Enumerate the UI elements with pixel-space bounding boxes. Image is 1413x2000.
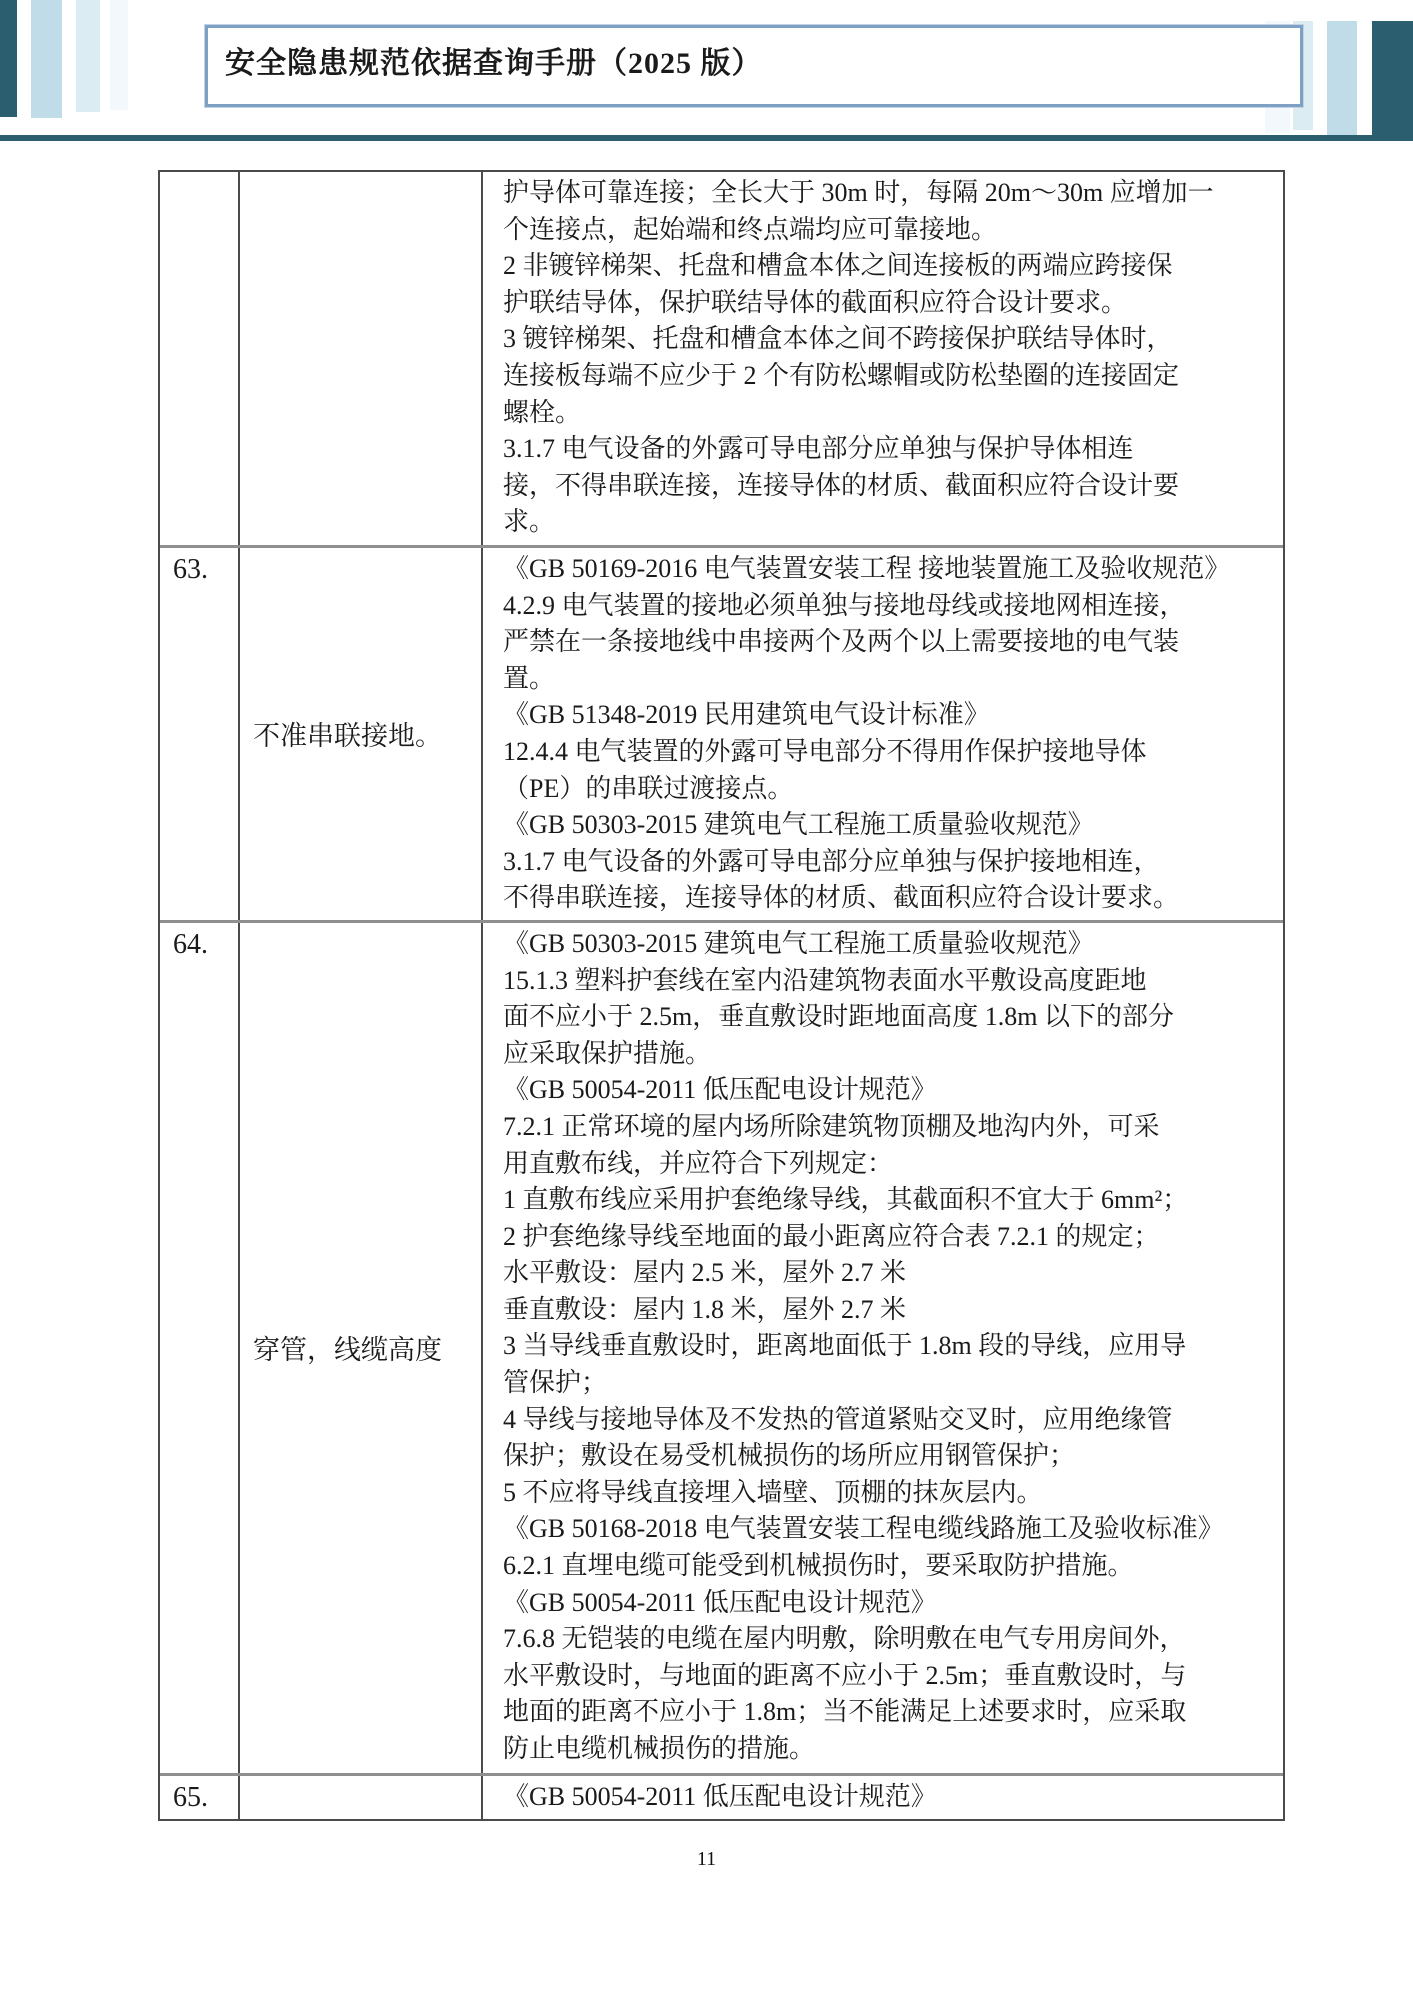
regulation-text-line: 管保护；: [503, 1365, 1279, 1402]
regulation-text-line: 3.1.7 电气设备的外露可导电部分应单独与保护导体相连: [503, 431, 1279, 468]
regulation-text-line: 15.1.3 塑料护套线在室内沿建筑物表面水平敷设高度距地: [503, 963, 1279, 1000]
regulation-text-line: 2 非镀锌梯架、托盘和槽盒本体之间连接板的两端应跨接保: [503, 248, 1279, 285]
regulation-text-line: 求。: [503, 504, 1279, 541]
regulation-text-line: 3.1.7 电气设备的外露可导电部分应单独与保护接地相连，: [503, 844, 1279, 881]
decorative-bar-dark-left: [0, 0, 17, 117]
row-number-cell: 63.: [160, 548, 240, 920]
row-content-cell: 《GB 50169-2016 电气装置安装工程 接地装置施工及验收规范》4.2.…: [483, 548, 1283, 920]
regulation-text-line: 连接板每端不应少于 2 个有防松螺帽或防松垫圈的连接固定: [503, 358, 1279, 395]
regulation-text-line: 《GB 50054-2011 低压配电设计规范》: [503, 1779, 1279, 1816]
regulation-text-line: 12.4.4 电气装置的外露可导电部分不得用作保护接地导体: [503, 734, 1279, 771]
row-content-cell: 《GB 50054-2011 低压配电设计规范》: [483, 1776, 1283, 1819]
page-title: 安全隐患规范依据查询手册（2025 版）: [208, 38, 763, 82]
regulation-text-line: 3 镀锌梯架、托盘和槽盒本体之间不跨接保护联结导体时，: [503, 321, 1279, 358]
regulation-text-line: （PE）的串联过渡接点。: [503, 771, 1279, 808]
row-category-cell: 穿管，线缆高度: [240, 923, 483, 1773]
regulation-text-line: 5 不应将导线直接埋入墙壁、顶棚的抹灰层内。: [503, 1475, 1279, 1512]
regulation-text-line: 水平敷设：屋内 2.5 米，屋外 2.7 米: [503, 1255, 1279, 1292]
row-content-cell: 《GB 50303-2015 建筑电气工程施工质量验收规范》15.1.3 塑料护…: [483, 923, 1283, 1773]
regulation-text-line: 护联结导体，保护联结导体的截面积应符合设计要求。: [503, 285, 1279, 322]
decorative-bar-dark-right: [1372, 21, 1413, 141]
header-rule: [0, 135, 1413, 141]
regulation-text-line: 《GB 50168-2018 电气装置安装工程电缆线路施工及验收标准》: [503, 1511, 1279, 1548]
regulation-text-line: 地面的距离不应小于 1.8m；当不能满足上述要求时，应采取: [503, 1694, 1279, 1731]
regulation-text-line: 6.2.1 直埋电缆可能受到机械损伤时，要采取防护措施。: [503, 1548, 1279, 1585]
row-category-cell: 不准串联接地。: [240, 548, 483, 920]
regulation-text-line: 防止电缆机械损伤的措施。: [503, 1731, 1279, 1768]
table-row: 63. 不准串联接地。 《GB 50169-2016 电气装置安装工程 接地装置…: [160, 545, 1283, 920]
decorative-bar-faint-left: [110, 0, 128, 110]
regulation-text-line: 面不应小于 2.5m，垂直敷设时距地面高度 1.8m 以下的部分: [503, 999, 1279, 1036]
regulation-text-line: 1 直敷布线应采用护套绝缘导线，其截面积不宜大于 6mm²；: [503, 1182, 1279, 1219]
table-row: 65. 《GB 50054-2011 低压配电设计规范》: [160, 1773, 1283, 1819]
regulation-text-line: 应采取保护措施。: [503, 1036, 1279, 1073]
regulation-text-line: 严禁在一条接地线中串接两个及两个以上需要接地的电气装: [503, 624, 1279, 661]
row-content-cell: 护导体可靠连接；全长大于 30m 时，每隔 20m～30m 应增加一个连接点，起…: [483, 172, 1283, 545]
regulation-text-line: 4 导线与接地导体及不发热的管道紧贴交叉时，应用绝缘管: [503, 1402, 1279, 1439]
regulation-text-line: 3 当导线垂直敷设时，距离地面低于 1.8m 段的导线，应用导: [503, 1328, 1279, 1365]
regulations-table: 护导体可靠连接；全长大于 30m 时，每隔 20m～30m 应增加一个连接点，起…: [158, 170, 1285, 1821]
table-row: 64. 穿管，线缆高度 《GB 50303-2015 建筑电气工程施工质量验收规…: [160, 920, 1283, 1773]
regulation-text-line: 《GB 50303-2015 建筑电气工程施工质量验收规范》: [503, 807, 1279, 844]
regulation-text-line: 《GB 50303-2015 建筑电气工程施工质量验收规范》: [503, 926, 1279, 963]
regulation-text-line: 2 护套绝缘导线至地面的最小距离应符合表 7.2.1 的规定；: [503, 1219, 1279, 1256]
regulation-text-line: 4.2.9 电气装置的接地必须单独与接地母线或接地网相连接，: [503, 588, 1279, 625]
table-row: 护导体可靠连接；全长大于 30m 时，每隔 20m～30m 应增加一个连接点，起…: [160, 172, 1283, 545]
regulation-text-line: 水平敷设时，与地面的距离不应小于 2.5m；垂直敷设时，与: [503, 1658, 1279, 1695]
regulation-text-line: 个连接点，起始端和终点端均应可靠接地。: [503, 212, 1279, 249]
regulation-text-line: 7.6.8 无铠装的电缆在屋内明敷，除明敷在电气专用房间外，: [503, 1621, 1279, 1658]
document-title-box: 安全隐患规范依据查询手册（2025 版）: [205, 25, 1303, 107]
regulation-text-line: 螺栓。: [503, 395, 1279, 432]
row-number-cell: [160, 172, 240, 545]
regulation-text-line: 《GB 51348-2019 民用建筑电气设计标准》: [503, 697, 1279, 734]
row-number-cell: 65.: [160, 1776, 240, 1819]
regulation-text-line: 置。: [503, 661, 1279, 698]
decorative-bar-light-left: [76, 0, 100, 112]
regulation-text-line: 不得串联连接，连接导体的材质、截面积应符合设计要求。: [503, 880, 1279, 917]
row-number-cell: 64.: [160, 923, 240, 1773]
regulation-text-line: 7.2.1 正常环境的屋内场所除建筑物顶棚及地沟内外，可采: [503, 1109, 1279, 1146]
row-category-cell: [240, 172, 483, 545]
decorative-bar-medium-right: [1327, 21, 1357, 135]
regulation-text-line: 《GB 50054-2011 低压配电设计规范》: [503, 1585, 1279, 1622]
regulation-text-line: 垂直敷设：屋内 1.8 米，屋外 2.7 米: [503, 1292, 1279, 1329]
regulation-text-line: 《GB 50054-2011 低压配电设计规范》: [503, 1072, 1279, 1109]
regulation-text-line: 用直敷布线，并应符合下列规定：: [503, 1146, 1279, 1183]
regulation-text-line: 保护；敷设在易受机械损伤的场所应用钢管保护；: [503, 1438, 1279, 1475]
document-page: 安全隐患规范依据查询手册（2025 版） 护导体可靠连接；全长大于 30m 时，…: [0, 0, 1413, 2000]
decorative-bar-medium-left: [31, 0, 62, 118]
regulation-text-line: 《GB 50169-2016 电气装置安装工程 接地装置施工及验收规范》: [503, 551, 1279, 588]
regulation-text-line: 护导体可靠连接；全长大于 30m 时，每隔 20m～30m 应增加一: [503, 175, 1279, 212]
regulation-text-line: 接，不得串联连接，连接导体的材质、截面积应符合设计要: [503, 468, 1279, 505]
row-category-cell: [240, 1776, 483, 1819]
page-number: 11: [0, 1848, 1413, 1871]
